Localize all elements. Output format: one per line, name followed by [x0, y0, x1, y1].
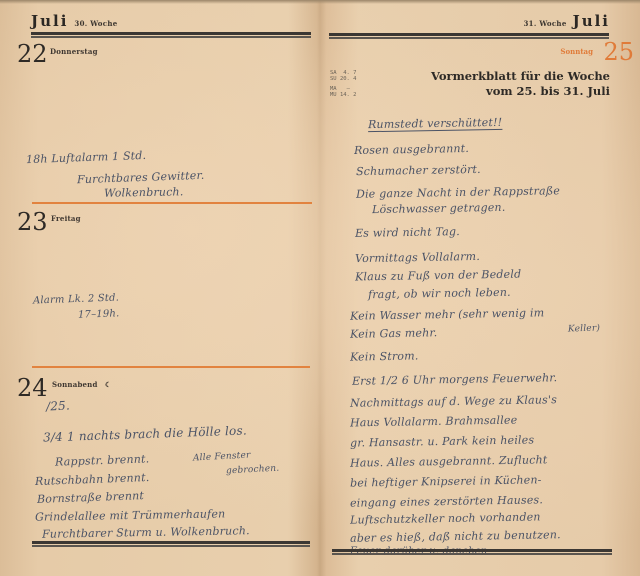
day-number: 23	[17, 210, 48, 234]
handwritten-entry: Rosen ausgebrannt.	[354, 143, 469, 156]
handwritten-entry: Alarm Lk. 2 Std.	[33, 294, 119, 307]
day-separator	[32, 202, 312, 204]
handwritten-entry: Vormittags Vollalarm.	[355, 251, 480, 264]
right-page: 31. Woche Juli Sonntag 25 Vormerkblatt f…	[320, 0, 640, 576]
handwritten-entry: Haus. Alles ausgebrannt. Zuflucht	[350, 454, 548, 468]
day-number: 24	[17, 376, 48, 400]
sunday-number: 25	[603, 40, 634, 64]
handwritten-entry: Die ganze Nacht in der Rappstraße	[356, 185, 560, 200]
handwritten-entry: 3/4 1 nachts brach die Hölle los.	[43, 424, 247, 443]
handwritten-entry: Bornstraße brennt	[37, 490, 144, 505]
handwritten-entry: fragt, ob wir noch leben.	[368, 287, 511, 300]
handwritten-heading: Rumstedt verschüttet!!	[368, 117, 502, 130]
day-number: 22	[17, 42, 48, 66]
handwritten-entry: Erst 1/2 6 Uhr morgens Feuerwehr.	[352, 372, 557, 387]
left-page: Juli 30. Woche 22 Donnerstag 18h Luftala…	[0, 0, 320, 576]
week-label: 31. Woche	[524, 19, 567, 28]
handwritten-entry: Haus Vollalarm. Brahmsallee	[350, 415, 518, 429]
handwritten-entry: Furchtbarer Sturm u. Wolkenbruch.	[42, 525, 250, 540]
moon-phase-icon: ☾	[105, 380, 111, 389]
handwritten-entry: Es wird nicht Tag.	[355, 226, 460, 239]
handwritten-entry: bei heftiger Knipserei in Küchen-	[350, 474, 542, 488]
month-label: Juli	[573, 12, 610, 30]
handwritten-entry: gr. Hansastr. u. Park kein heiles	[350, 434, 534, 448]
handwritten-entry: aber es hieß, daß nicht zu benutzen.	[350, 529, 561, 544]
legend-row: MU 14. 2	[330, 92, 357, 98]
day-separator	[32, 366, 310, 368]
left-running-header: Juli 30. Woche	[31, 12, 118, 30]
sunday-label: Sonntag	[560, 47, 593, 56]
handwritten-entry: Grindelallee mit Trümmerhaufen	[35, 508, 226, 522]
handwritten-entry: Keller)	[568, 324, 600, 334]
handwritten-entry: Rappstr. brennt.	[55, 453, 150, 467]
sun-moon-legend: SA 4. 7 SU 20. 4 MA — MU 14. 2	[330, 70, 357, 99]
legend-row: SU 20. 4	[330, 76, 357, 82]
planner-date-range: vom 25. bis 31. Juli	[486, 86, 610, 98]
handwritten-entry: Rutschbahn brennt.	[35, 472, 150, 487]
handwritten-entry: 18h Luftalarm 1 Std.	[26, 150, 147, 165]
handwritten-entry: Wolkenbruch.	[104, 186, 184, 198]
diary-spread: Juli 30. Woche 22 Donnerstag 18h Luftala…	[0, 0, 640, 576]
month-label: Juli	[31, 12, 68, 30]
weekday-label: Sonnabend	[52, 380, 98, 389]
handwritten-entry: Furchtbares Gewitter.	[77, 170, 205, 185]
handwritten-entry: Kein Strom.	[350, 350, 419, 362]
week-label: 30. Woche	[74, 19, 117, 28]
handwritten-entry: Nachmittags auf d. Wege zu Klaus's	[350, 394, 557, 409]
handwritten-entry: 17–19h.	[78, 309, 120, 320]
handwritten-entry: Schumacher zerstört.	[356, 164, 481, 177]
weekday-label: Donnerstag	[50, 47, 98, 56]
handwritten-entry: Alle Fenster	[193, 451, 251, 463]
planner-title: Vormerkblatt für die Woche	[431, 71, 610, 83]
handwritten-entry: Kein Gas mehr.	[350, 327, 438, 340]
header-rule	[329, 33, 609, 39]
handwritten-entry: Löschwasser getragen.	[372, 202, 506, 215]
handwritten-entry: eingang eines zerstörten Hauses.	[350, 494, 543, 508]
handwritten-entry: Kein Wasser mehr (sehr wenig im	[350, 307, 544, 321]
handwritten-entry: Klaus zu Fuß von der Bedeld	[355, 269, 521, 283]
footer-rule	[332, 549, 612, 555]
header-rule	[31, 32, 311, 38]
handwritten-entry: gebrochen.	[226, 465, 280, 477]
handwritten-entry: /25.	[46, 399, 71, 412]
footer-rule	[32, 541, 310, 547]
weekday-label: Freitag	[51, 214, 81, 223]
handwritten-entry: Luftschutzkeller noch vorhanden	[350, 511, 541, 525]
right-running-header: 31. Woche Juli	[524, 12, 611, 30]
